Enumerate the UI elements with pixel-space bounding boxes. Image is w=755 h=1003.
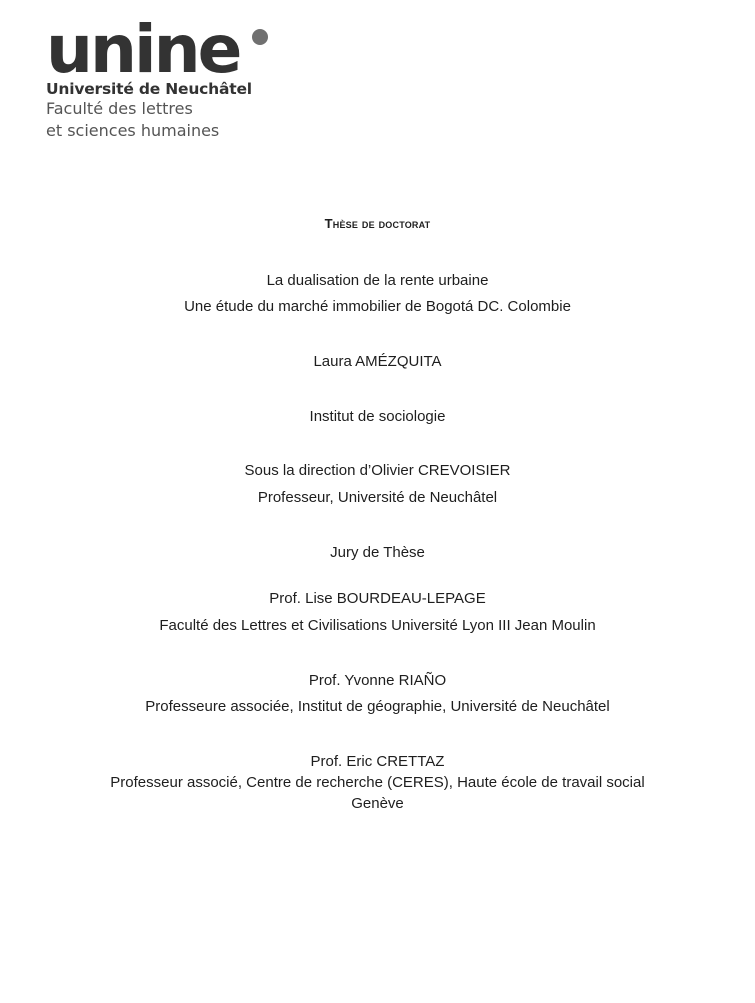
thesis-subtitle: Une étude du marché immobilier de Bogotá… [0, 298, 755, 315]
logo-wordmark: unine [46, 24, 252, 76]
jury-member-name: Prof. Eric CRETTAZ [0, 753, 755, 770]
logo-university-name: Université de Neuchâtel [46, 80, 252, 98]
author-name: Laura AMÉZQUITA [0, 353, 755, 370]
document-type: Thèse de doctorat [0, 216, 755, 231]
logo-faculty-line2: et sciences humaines [46, 120, 252, 142]
jury-member-affiliation: Professeure associée, Institut de géogra… [0, 698, 755, 715]
institute: Institut de sociologie [0, 408, 755, 425]
logo-dot-icon [252, 29, 268, 45]
university-logo: unine Université de Neuchâtel Faculté de… [46, 24, 252, 142]
thesis-title: La dualisation de la rente urbaine [0, 272, 755, 289]
jury-member-affiliation: Faculté des Lettres et Civilisations Uni… [0, 617, 755, 634]
jury-member-name: Prof. Lise BOURDEAU-LEPAGE [0, 590, 755, 607]
logo-faculty-line1: Faculté des lettres [46, 98, 252, 120]
supervisor-affiliation: Professeur, Université de Neuchâtel [0, 489, 755, 506]
jury-member-affiliation: Professeur associé, Centre de recherche … [0, 774, 755, 791]
jury-member-name: Prof. Yvonne RIAÑO [0, 672, 755, 689]
jury-member-affiliation-line2: Genève [0, 795, 755, 812]
supervision: Sous la direction d’Olivier CREVOISIER [0, 462, 755, 479]
jury-heading: Jury de Thèse [0, 544, 755, 561]
